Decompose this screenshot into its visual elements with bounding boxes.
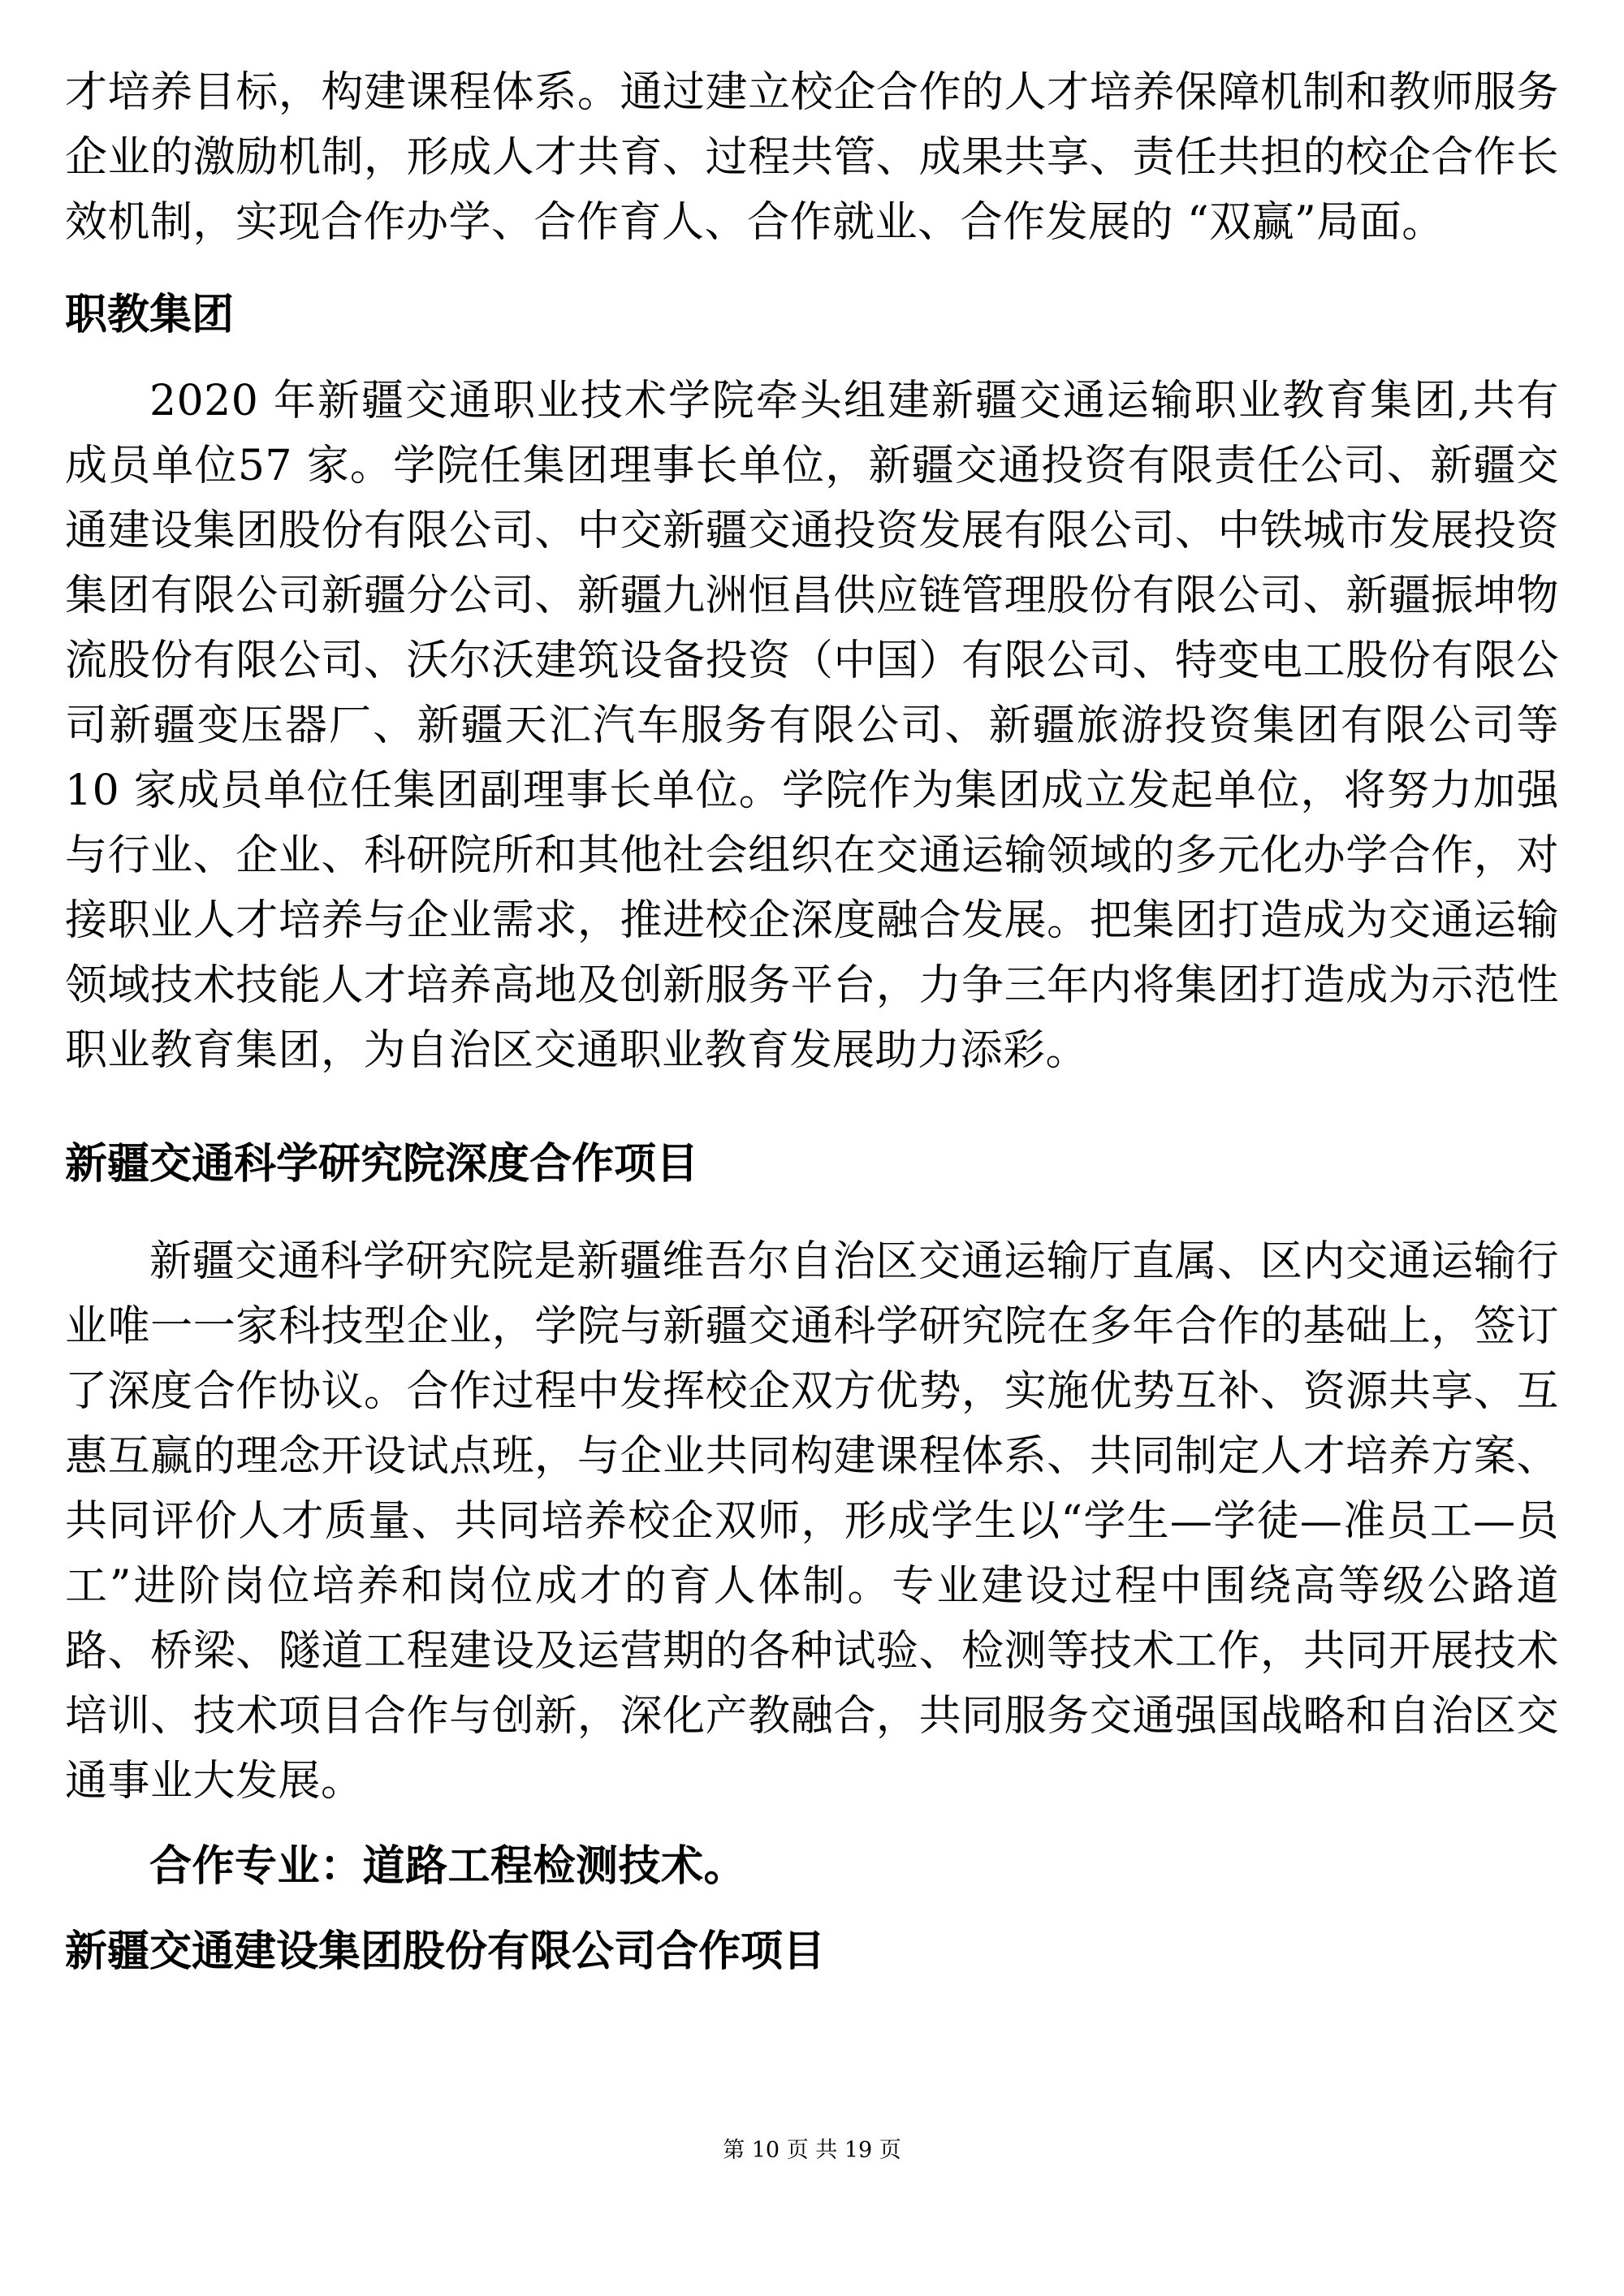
section-heading-research-institute-project: 新疆交通科学研究院深度合作项目 — [65, 1132, 1559, 1197]
paragraph-school-enterprise-mechanism: 才培养目标，构建课程体系。通过建立校企合作的人才培养保障机制和教师服务企业的激励… — [65, 60, 1559, 255]
paragraph-research-institute-cooperation: 新疆交通科学研究院是新疆维吾尔自治区交通运输厅直属、区内交通运输行业唯一一家科技… — [65, 1229, 1559, 1814]
section-heading-construction-group-project: 新疆交通建设集团股份有限公司合作项目 — [65, 1919, 1559, 1984]
paragraph-vocational-education-group: 2020 年新疆交通职业技术学院牵头组建新疆交通运输职业教育集团,共有成员单位5… — [65, 369, 1559, 1083]
cooperation-major-line: 合作专业：道路工程检测技术。 — [65, 1834, 1559, 1899]
section-heading-vocational-education-group: 职教集团 — [65, 283, 1559, 347]
document-page: 才培养目标，构建课程体系。通过建立校企合作的人才培养保障机制和教师服务企业的激励… — [0, 0, 1624, 2296]
page-number-footer: 第 10 页 共 19 页 — [0, 2137, 1624, 2164]
page-content: 才培养目标，构建课程体系。通过建立校企合作的人才培养保障机制和教师服务企业的激励… — [0, 0, 1624, 1984]
